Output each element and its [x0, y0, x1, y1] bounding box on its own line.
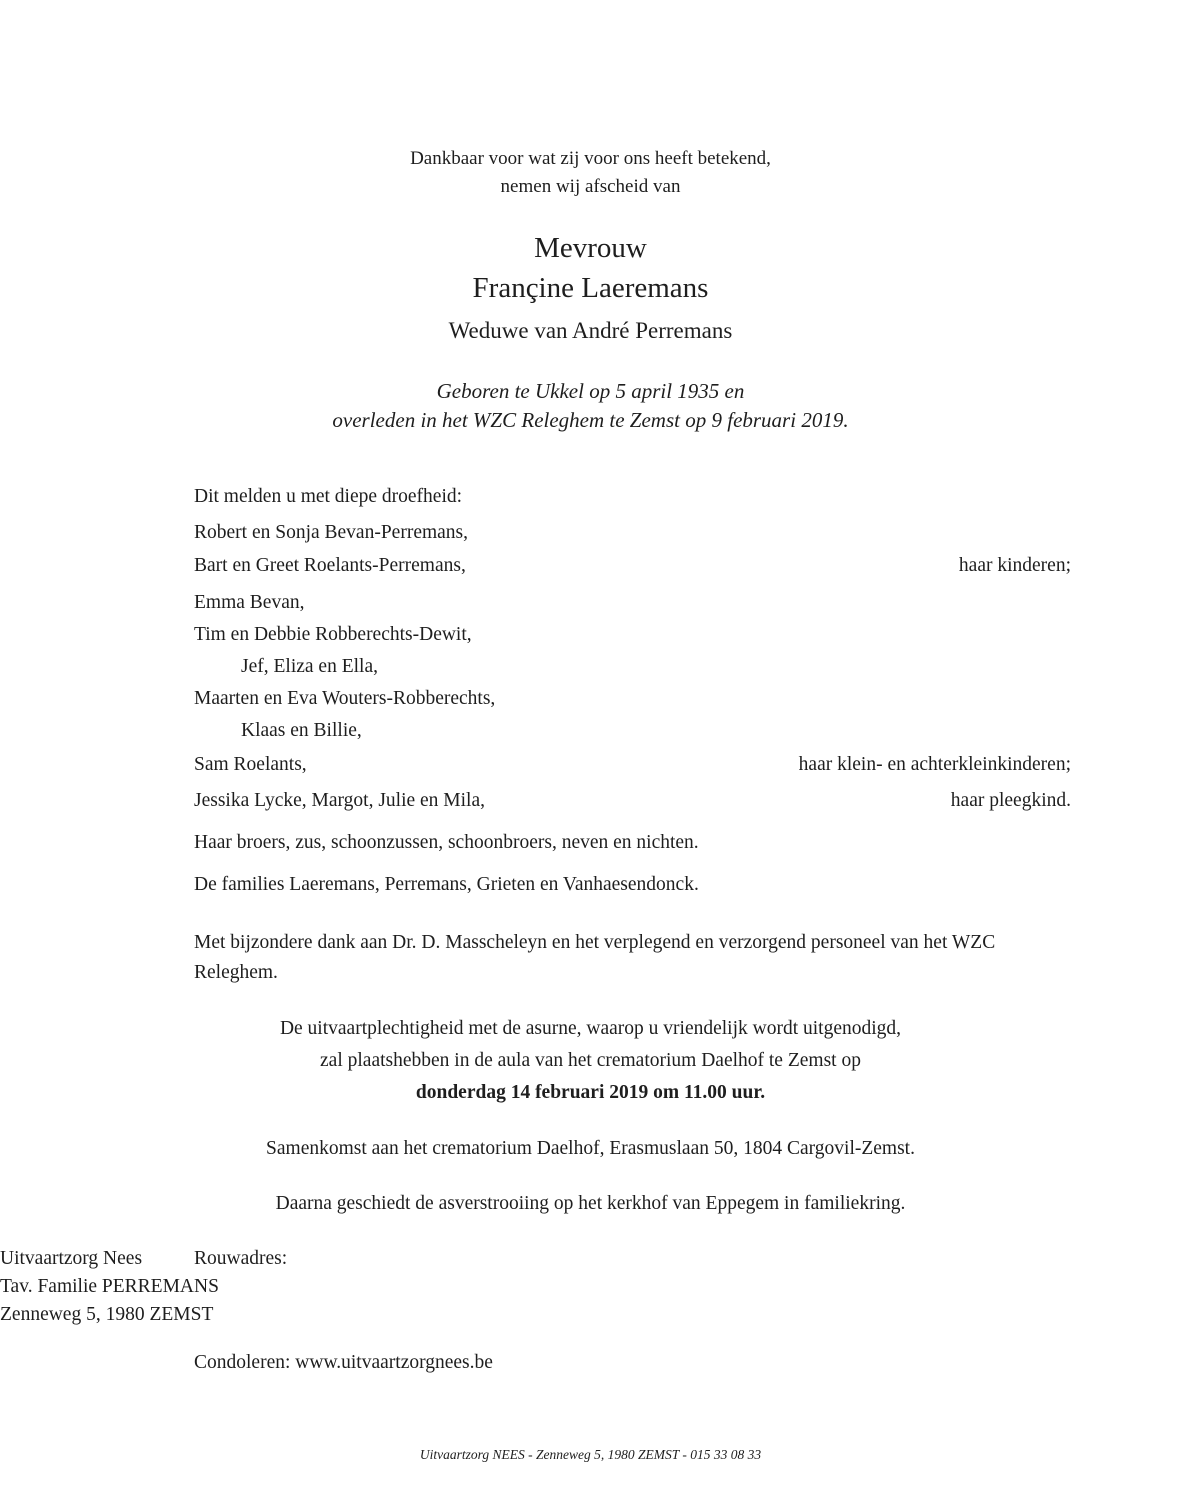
family-role: haar pleegkind. — [951, 790, 1071, 812]
family-member: Tim en Debbie Robberechts-Dewit, — [194, 624, 472, 646]
ceremony-line-1: De uitvaartplechtigheid met de asurne, w… — [0, 1018, 1181, 1040]
announcement-heading: Dit melden u met diepe droefheid: — [194, 486, 462, 508]
condoleren-label: Condoleren: — [194, 1352, 290, 1373]
scattering-line: Daarna geschiedt de asverstrooiing op he… — [0, 1193, 1181, 1215]
birth-line: Geboren te Ukkel op 5 april 1935 en — [0, 376, 1181, 406]
ceremony-datetime: donderdag 14 februari 2019 om 11.00 uur. — [0, 1082, 1181, 1104]
footer: Uitvaartzorg NEES - Zenneweg 5, 1980 ZEM… — [0, 1447, 1181, 1463]
death-line: overleden in het WZC Releghem te Zemst o… — [0, 405, 1181, 435]
intro-line-2: nemen wij afscheid van — [0, 172, 1181, 202]
family-member: Bart en Greet Roelants-Perremans, — [194, 555, 466, 577]
ceremony-line-2: zal plaatshebben in de aula van het crem… — [0, 1050, 1181, 1072]
family-member: Klaas en Billie, — [241, 720, 362, 742]
family-member: Maarten en Eva Wouters-Robberechts, — [194, 688, 495, 710]
deceased-name: Françine Laeremans — [0, 272, 1181, 305]
family-member: Sam Roelants, — [194, 754, 307, 776]
family-role: haar klein- en achterkleinkinderen; — [799, 754, 1071, 776]
family-member: Robert en Sonja Bevan-Perremans, — [194, 522, 468, 544]
deceased-relation: Weduwe van André Perremans — [0, 318, 1181, 344]
relatives-line: Haar broers, zus, schoonzussen, schoonbr… — [194, 832, 699, 854]
rouwadres-line: Uitvaartzorg Nees — [0, 1248, 142, 1270]
family-member: Jef, Eliza en Ella, — [241, 656, 378, 678]
deceased-honorific: Mevrouw — [0, 232, 1181, 265]
rouwadres-line: Tav. Familie PERREMANS — [0, 1276, 219, 1298]
family-member: Emma Bevan, — [194, 592, 304, 614]
condoleren-line: Condoleren: www.uitvaartzorgnees.be — [194, 1352, 493, 1374]
families-line: De families Laeremans, Perremans, Griete… — [194, 874, 699, 896]
rouwadres-label: Rouwadres: — [194, 1248, 287, 1270]
gathering-line: Samenkomst aan het crematorium Daelhof, … — [0, 1138, 1181, 1160]
intro-line-1: Dankbaar voor wat zij voor ons heeft bet… — [0, 144, 1181, 174]
family-role: haar kinderen; — [959, 555, 1071, 577]
condoleren-link[interactable]: www.uitvaartzorgnees.be — [295, 1352, 493, 1373]
family-member: Jessika Lycke, Margot, Julie en Mila, — [194, 790, 485, 812]
thanks-paragraph: Met bijzondere dank aan Dr. D. Masschele… — [194, 928, 1074, 988]
rouwadres-line: Zenneweg 5, 1980 ZEMST — [0, 1304, 213, 1326]
